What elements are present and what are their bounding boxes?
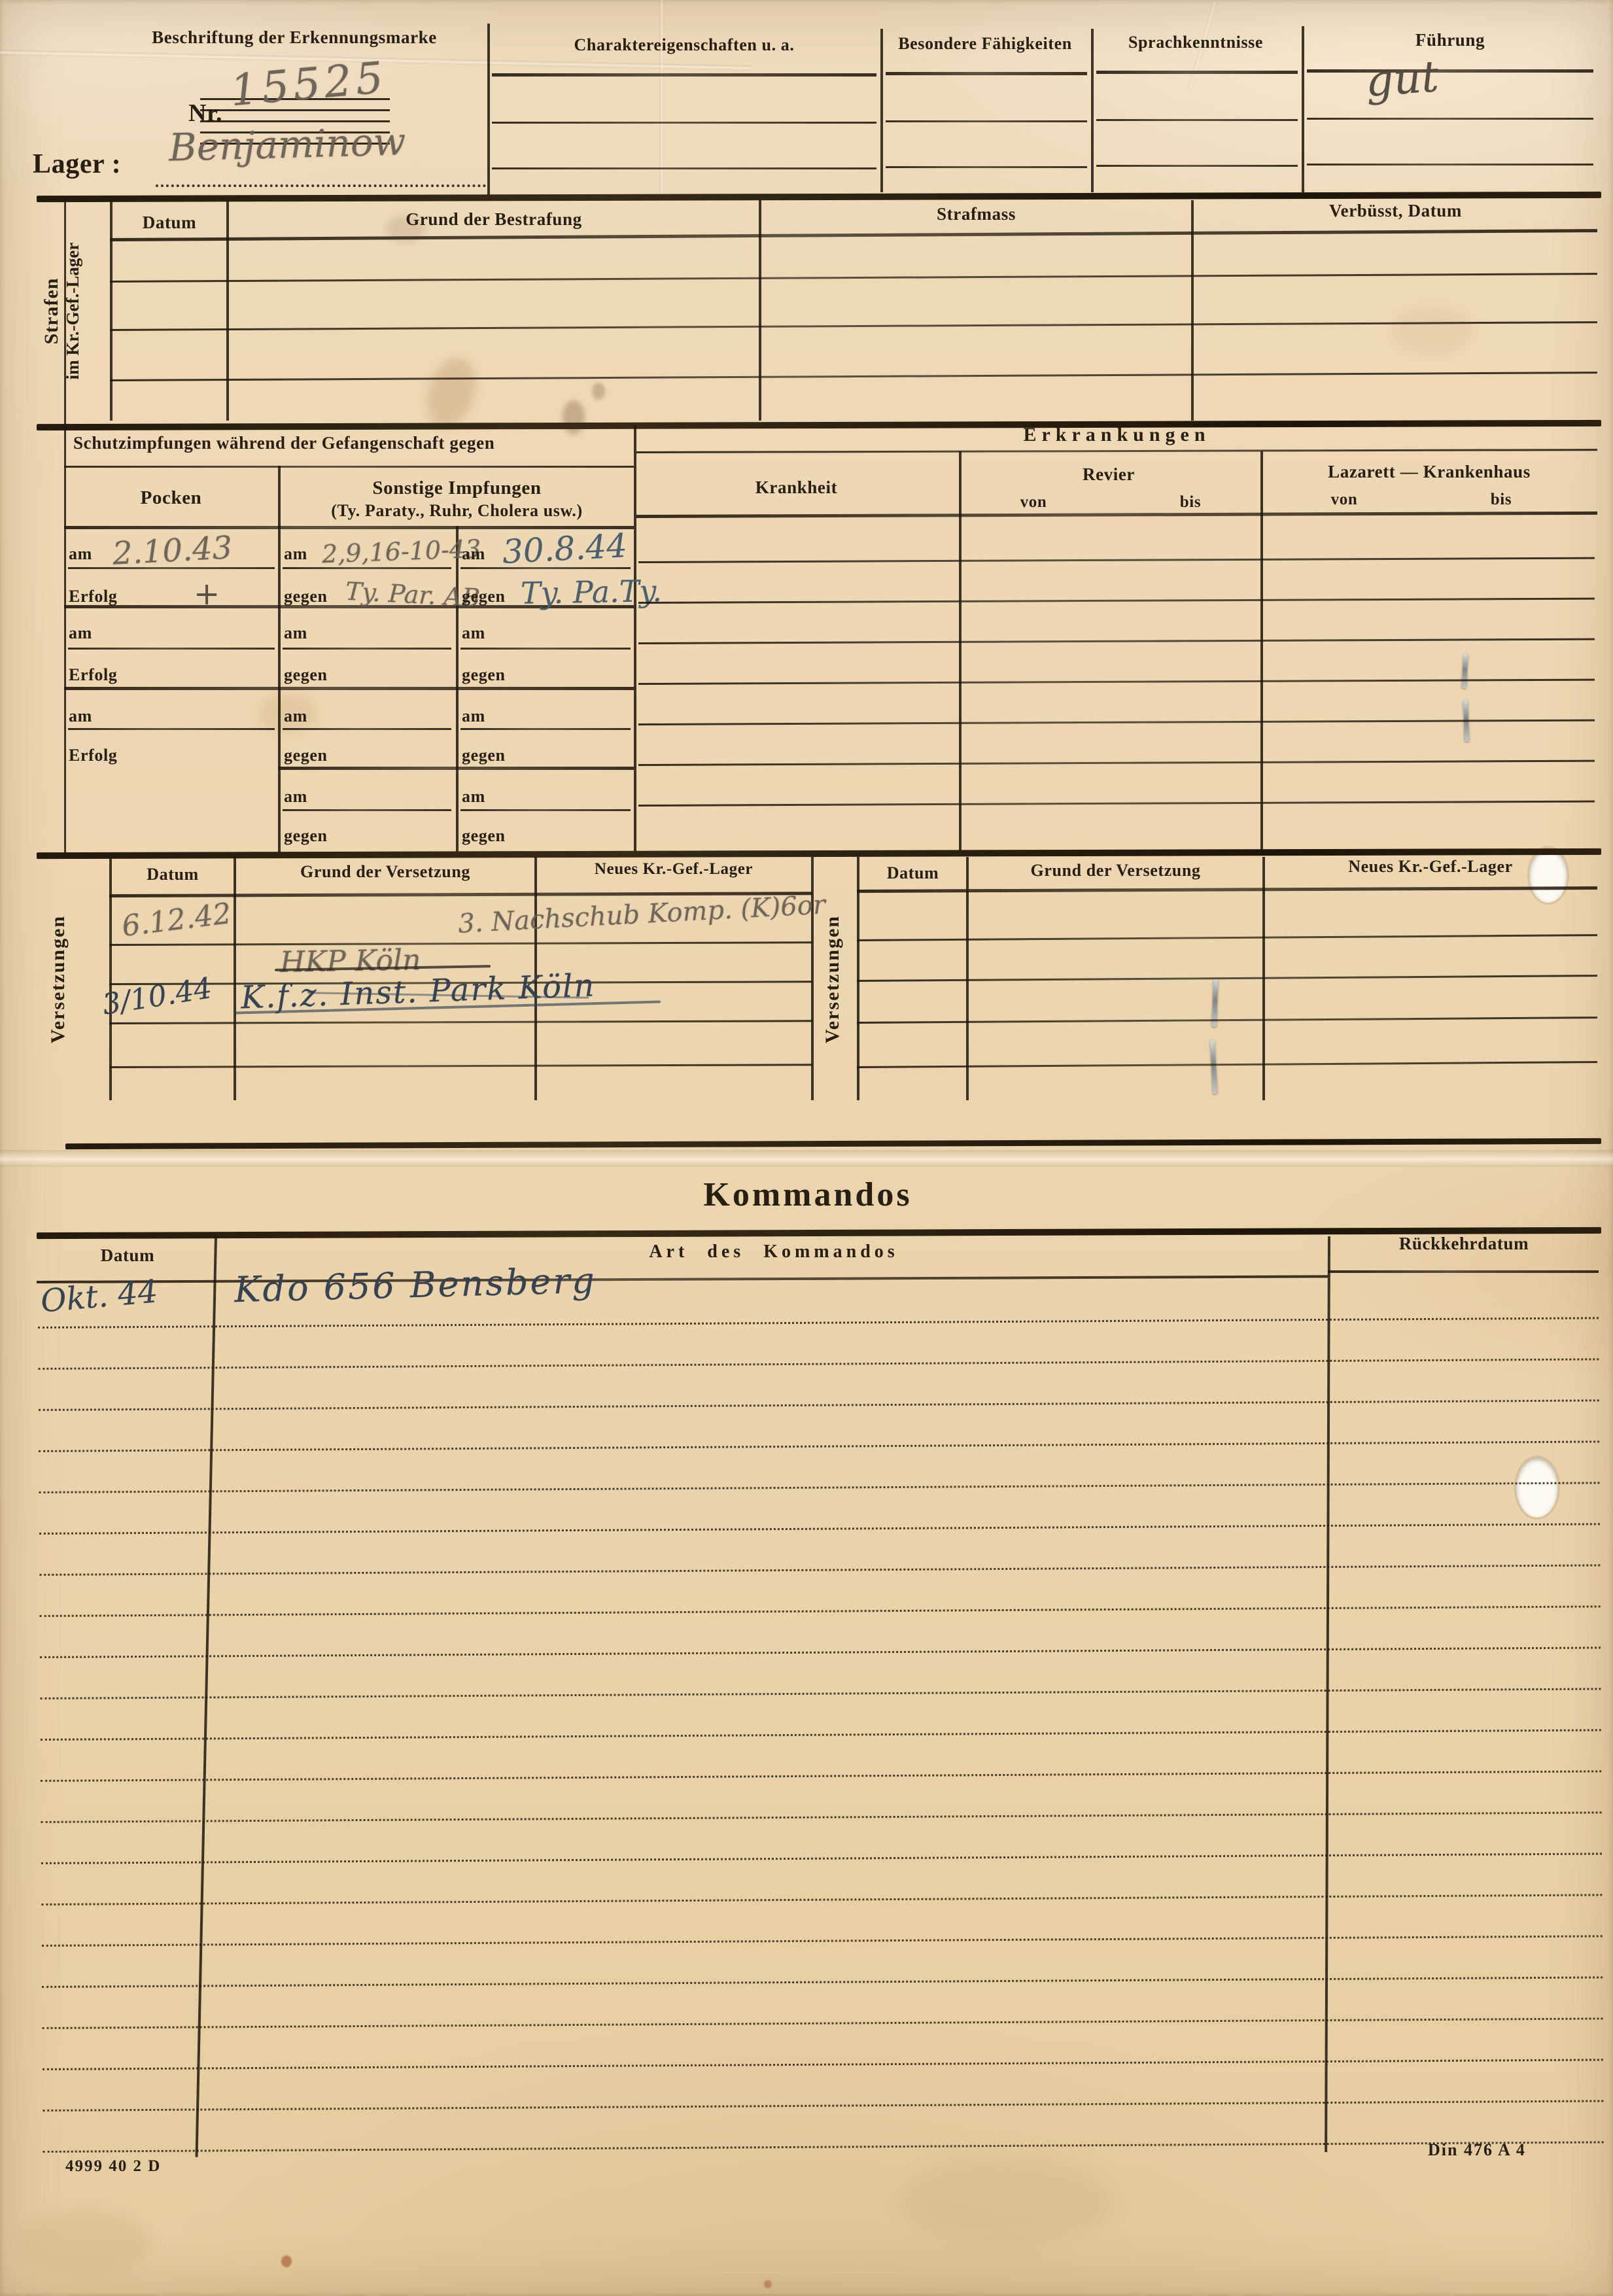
sonstige1-am-value: 2,9,16-10-43 <box>321 536 481 566</box>
strafen-col-strafmass: Strafmass <box>761 204 1191 224</box>
sonstige1-gegen-value: Ty. Par. AB <box>345 579 481 611</box>
rule-line <box>638 598 1595 604</box>
erkrankungen-col-revier: Revier <box>962 464 1256 484</box>
erkrankungen-col-lazarett: Lazarett — Krankenhaus <box>1266 462 1593 481</box>
column-divider <box>487 24 490 195</box>
rule-line <box>638 557 1595 563</box>
kommandos-ruled-rows <box>38 1317 1604 2157</box>
strafen-side-label-line1: Strafen <box>41 198 63 424</box>
kommandos-col-art: Art des Kommandos <box>222 1242 1325 1262</box>
row-label-erfolg: Erfolg <box>69 746 141 765</box>
revier-bis-label: bis <box>1151 493 1230 512</box>
row-label-am: am <box>69 544 114 563</box>
lazarett-bis-label: bis <box>1462 491 1540 509</box>
rule-line <box>492 73 876 77</box>
rule-line <box>1096 71 1298 74</box>
rule-line <box>110 372 1597 381</box>
din-format-label: Din 476 A 4 <box>1428 2140 1598 2159</box>
kommandos-row-line <box>41 1852 1602 1864</box>
stain <box>903 2159 1112 2244</box>
col-header-fuehrung: Führung <box>1304 30 1596 50</box>
fuehrung-handwritten-value: gut <box>1364 55 1440 103</box>
strafen-col-verbuesst: Verbüsst, Datum <box>1194 201 1597 220</box>
rule-line <box>492 167 876 169</box>
kommandos-row-line <box>41 1770 1601 1782</box>
kommando-entry-art: Kdo 656 Bensberg <box>234 1263 597 1308</box>
row-label-am: am <box>462 787 508 806</box>
row-label-gegen: gegen <box>284 826 349 845</box>
strafen-col-datum: Datum <box>113 213 226 232</box>
kommandos-row-line <box>41 1894 1602 1905</box>
rule-line <box>283 728 451 730</box>
rule-line <box>1307 164 1593 165</box>
strafen-col-grund: Grund der Bestrafung <box>229 209 759 229</box>
stain <box>281 2255 292 2267</box>
kommandos-row-line <box>38 1358 1599 1370</box>
section-divider <box>634 425 636 852</box>
rule-line <box>1307 118 1593 120</box>
rule-line <box>460 809 631 811</box>
kommandos-row-line <box>38 1317 1599 1329</box>
rule-line <box>64 466 634 468</box>
card-separation-crease <box>0 1150 1613 1167</box>
stain <box>419 351 485 434</box>
kommandos-title: Kommandos <box>543 1176 1073 1214</box>
fold-crease <box>659 0 664 196</box>
rule-line <box>110 229 1597 241</box>
rule-line <box>460 567 631 569</box>
row-label-am: am <box>284 787 330 806</box>
kommandos-row-line <box>41 1811 1602 1823</box>
row-label-erfolg: Erfolg <box>69 665 141 684</box>
rule-line <box>283 567 451 569</box>
row-label-erfolg: Erfolg <box>69 587 141 606</box>
rule-line <box>638 801 1595 807</box>
rule-line <box>638 679 1595 685</box>
impfungen-title: Schutzimpfungen während der Gefangenscha… <box>73 433 649 453</box>
lazarett-von-label: von <box>1305 491 1383 509</box>
erkrankungen-title: Erkrankungen <box>636 424 1597 446</box>
row-label-gegen: gegen <box>462 665 527 684</box>
kommandos-row-line <box>43 2059 1603 2070</box>
rule-line <box>37 1275 1328 1283</box>
kommandos-col-datum: Datum <box>43 1245 212 1265</box>
lager-label: Lager : <box>33 149 164 180</box>
kommandos-row-line <box>41 1729 1601 1741</box>
row-label-gegen: gegen <box>284 665 349 684</box>
rule-line <box>636 449 1597 453</box>
rule-line <box>886 120 1087 122</box>
column-divider <box>759 200 761 421</box>
rule-line <box>886 72 1087 75</box>
row-label-gegen: gegen <box>284 587 349 606</box>
staple <box>1462 654 1468 688</box>
rule-line <box>460 728 631 730</box>
column-divider <box>1260 451 1263 852</box>
pocken-am-value: 2.10.43 <box>112 532 233 570</box>
card-bottom-border <box>65 1138 1601 1149</box>
rule-line <box>460 648 631 650</box>
pow-record-card-scan: Beschriftung der Erkennungsmarke Nr. 155… <box>0 0 1613 2296</box>
row-label-gegen: gegen <box>284 746 349 765</box>
column-divider <box>857 857 859 1100</box>
pocken-label: Pocken <box>65 487 277 508</box>
rule-line <box>1328 1270 1599 1273</box>
column-divider <box>1091 29 1094 192</box>
col-header-sprachen: Sprachkenntnisse <box>1094 33 1298 52</box>
row-label-gegen: gegen <box>462 587 527 606</box>
kommandos-row-line <box>43 2141 1604 2153</box>
id-title: Beschriftung der Erkennungsmarke <box>85 27 504 47</box>
versetzungen-side-label-left: Versetzungen <box>47 865 69 1094</box>
kommandos-row-line <box>42 1976 1603 1988</box>
rule-line <box>886 166 1087 168</box>
col-header-faehigkeiten: Besondere Fähigkeiten <box>883 34 1087 53</box>
rule-line <box>109 941 812 946</box>
rule-line <box>492 122 876 124</box>
rule-line <box>68 728 275 730</box>
row-label-am: am <box>284 623 330 642</box>
rule-line <box>638 720 1595 725</box>
versetzungen-left-col-grund: Grund der Versetzung <box>236 862 534 881</box>
versetzungen-right-col-neues: Neues Kr.-Gef.-Lager <box>1265 857 1596 876</box>
kommando-entry-datum: Okt. 44 <box>39 1276 159 1317</box>
kommandos-row-line <box>42 1935 1603 1947</box>
rule-line <box>283 648 451 650</box>
kommandos-row-line <box>39 1564 1600 1576</box>
column-divider <box>226 200 229 421</box>
stain <box>764 2280 772 2288</box>
kommandos-row-line <box>43 2100 1603 2112</box>
strafen-side-label: Strafen im Kr.-Gef.-Lager <box>41 198 83 424</box>
revier-von-label: von <box>994 493 1073 512</box>
erkrankungen-col-krankheit: Krankheit <box>638 478 955 497</box>
versetzungen-side-label-right: Versetzungen <box>822 865 844 1094</box>
column-divider <box>278 466 281 852</box>
rule-line <box>68 567 275 569</box>
versetzungen-left-col-datum: Datum <box>112 865 234 884</box>
versetzung-entry-text: 3. Nachschub Komp. (K)6or <box>457 892 826 937</box>
rule-line <box>64 526 634 529</box>
form-number: 4999 40 2 D <box>65 2157 262 2176</box>
column-divider <box>110 200 113 421</box>
nr-handwritten-value: 15525 <box>229 56 389 113</box>
rule-line <box>110 273 1597 283</box>
versetzungen-right-col-grund: Grund der Versetzung <box>969 861 1262 880</box>
row-label-am: am <box>462 623 508 642</box>
kommandos-row-line <box>39 1399 1599 1411</box>
stain <box>1393 307 1472 353</box>
kommandos-col-rueckkehr: Rückkehrdatum <box>1332 1234 1596 1253</box>
staple <box>1210 1040 1217 1094</box>
rule-line <box>1307 69 1593 73</box>
row-label-am: am <box>462 544 508 563</box>
versetzungen-left-col-neues: Neues Kr.-Gef.-Lager <box>536 860 811 878</box>
versetzungen-right-col-datum: Datum <box>859 863 966 882</box>
rule-line <box>283 809 451 811</box>
stain <box>592 383 605 400</box>
stain <box>563 400 585 434</box>
rule-line <box>64 687 634 690</box>
kommandos-row-line <box>43 2017 1603 2029</box>
kommandos-row-line <box>40 1688 1601 1699</box>
row-label-am: am <box>69 623 114 642</box>
column-divider <box>880 29 883 192</box>
kommandos-row-line <box>40 1605 1601 1617</box>
kommandos-row-line <box>39 1482 1600 1493</box>
rule-line <box>638 638 1595 644</box>
sonstige-label: Sonstige Impfungen <box>281 478 633 498</box>
row-label-gegen: gegen <box>462 826 527 845</box>
row-label-gegen: gegen <box>462 746 527 765</box>
stain <box>20 2211 150 2276</box>
row-label-am: am <box>462 706 508 725</box>
row-label-am: am <box>69 706 114 725</box>
row-label-am: am <box>284 706 330 725</box>
col-header-charakter: Charaktereigenschaften u. a. <box>492 35 876 54</box>
versetzung-entry-datum: 6.12.42 <box>120 899 233 941</box>
rule-line <box>109 1020 812 1024</box>
sonstige2-am-value: 30.8.44 <box>502 529 628 568</box>
kommandos-row-line <box>40 1646 1601 1658</box>
rule-line <box>1096 119 1298 121</box>
versetzung-entry-datum: 3/10.44 <box>101 974 215 1020</box>
rule-line <box>636 512 1597 518</box>
column-divider <box>109 857 112 1100</box>
kommandos-row-line <box>39 1440 1599 1452</box>
rule-line <box>278 767 634 770</box>
rule-line <box>109 1064 812 1068</box>
lager-handwritten-value: Benjaminow <box>168 122 406 166</box>
versetzung-entry-text-struck: HKP Köln <box>280 946 421 977</box>
column-divider <box>959 451 962 852</box>
column-divider <box>1302 26 1304 192</box>
rule-line <box>68 648 275 650</box>
rule-line <box>110 321 1597 331</box>
sonstige-sublabel: (Ty. Paraty., Ruhr, Cholera usw.) <box>281 501 633 520</box>
kommandos-row-line <box>39 1523 1600 1535</box>
rule-line <box>1096 165 1298 167</box>
rule-line <box>638 760 1595 766</box>
